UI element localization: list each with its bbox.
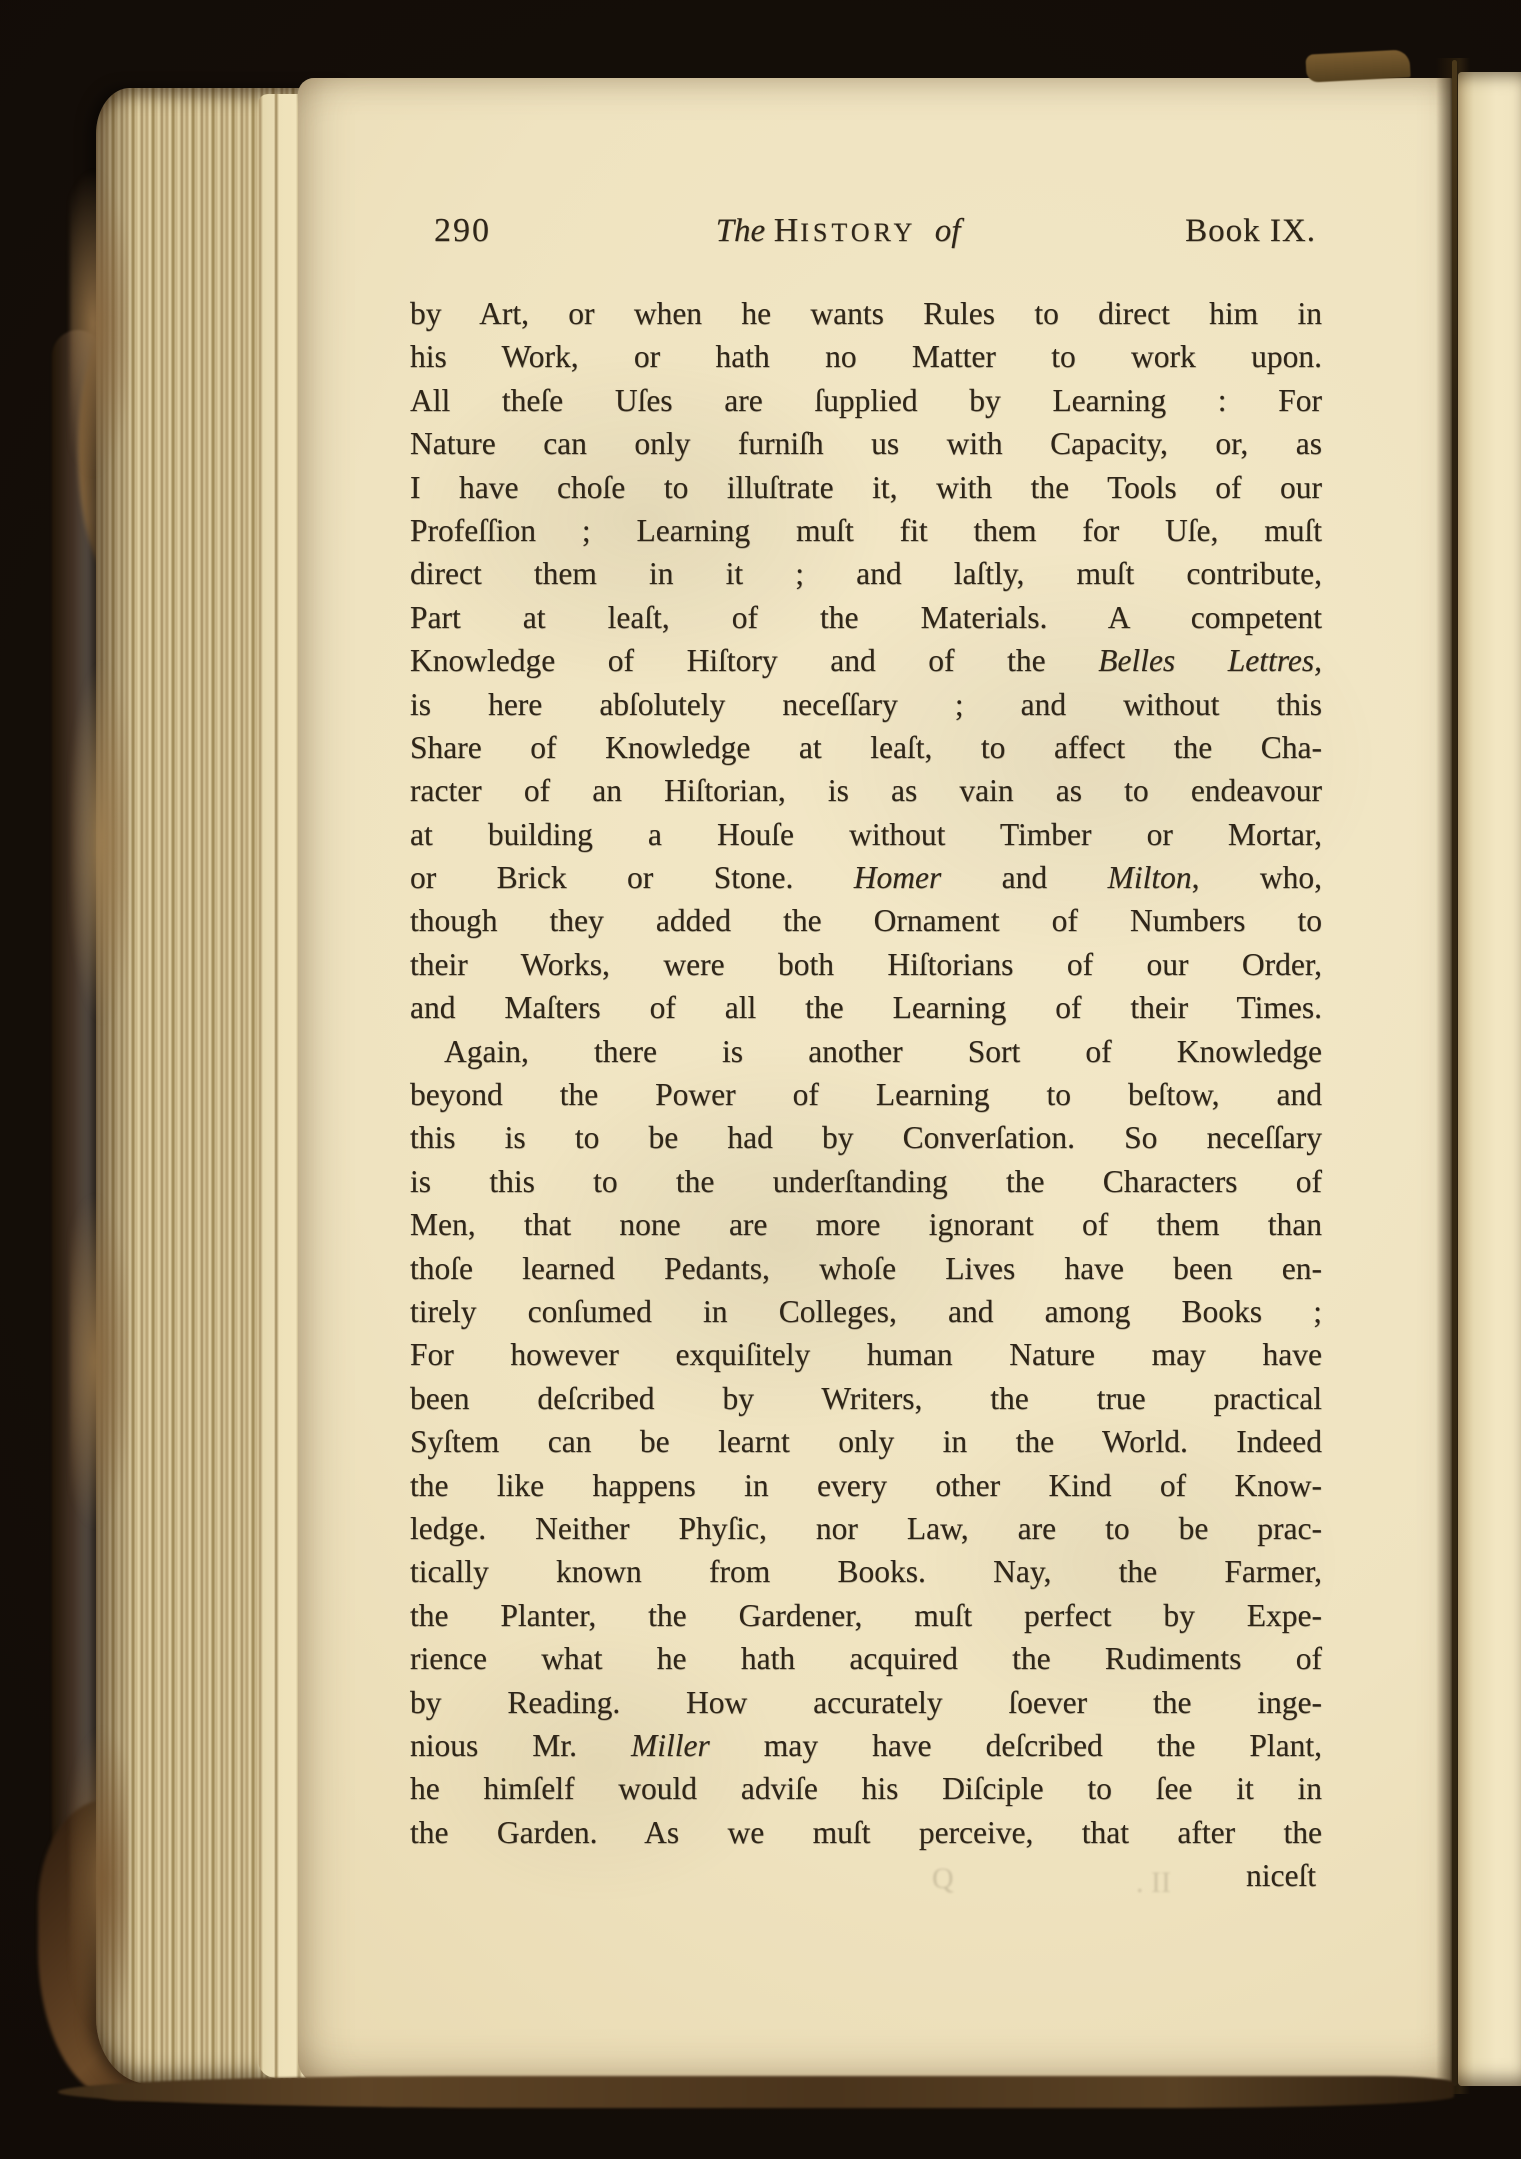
page-top-edge-notch bbox=[1305, 49, 1410, 82]
text-line: Nature can only furniſh us with Capacity… bbox=[410, 422, 1322, 465]
text-line: direct them in it ; and laſtly, muſt con… bbox=[410, 552, 1322, 595]
text-line: or Brick or Stone. Homer and Milton, who… bbox=[410, 856, 1322, 899]
text-line: their Works, were both Hiſtorians of our… bbox=[410, 943, 1322, 986]
running-title-the: The bbox=[716, 213, 766, 249]
text-line: ledge. Neither Phyſic, nor Law, are to b… bbox=[410, 1507, 1322, 1550]
text-line: rience what he hath acquired the Rudimen… bbox=[410, 1637, 1322, 1680]
text-line: been deſcribed by Writers, the true prac… bbox=[410, 1377, 1322, 1420]
text-line: Syſtem can be learnt only in the World. … bbox=[410, 1420, 1322, 1463]
running-title-history-caps: ISTORY bbox=[800, 218, 916, 247]
catchword: niceſt bbox=[410, 1854, 1322, 1897]
text-line: is this to the underſtanding the Charact… bbox=[410, 1160, 1322, 1203]
text-line: For however exquiſitely human Nature may… bbox=[410, 1333, 1322, 1376]
text-line: though they added the Ornament of Number… bbox=[410, 899, 1322, 942]
text-line: tirely conſumed in Colleges, and among B… bbox=[410, 1290, 1322, 1333]
text-line: Share of Knowledge at leaſt, to affect t… bbox=[410, 726, 1322, 769]
text-line: Part at leaſt, of the Materials. A compe… bbox=[410, 596, 1322, 639]
text-line: is here abſolutely neceſſary ; and witho… bbox=[410, 683, 1322, 726]
text-line: by Art, or when he wants Rules to direct… bbox=[410, 292, 1322, 335]
text-line: Profeſſion ; Learning muſt fit them for … bbox=[410, 509, 1322, 552]
running-title-of: of bbox=[935, 213, 961, 249]
text-line: he himſelf would adviſe his Diſciple to … bbox=[410, 1767, 1322, 1810]
text-line: and Maſters of all the Learning of their… bbox=[410, 986, 1322, 1029]
text-line: racter of an Hiſtorian, is as vain as to… bbox=[410, 769, 1322, 812]
text-line: All theſe Uſes are ſupplied by Learning … bbox=[410, 379, 1322, 422]
text-line: his Work, or hath no Matter to work upon… bbox=[410, 335, 1322, 378]
running-title-history-initial: H bbox=[774, 212, 801, 249]
printed-text-block: 290 The HISTORY of Book IX. by Art, or w… bbox=[410, 212, 1322, 1897]
text-line: thoſe learned Pedants, whoſe Lives have … bbox=[410, 1247, 1322, 1290]
scanned-book-photo: 290 The HISTORY of Book IX. by Art, or w… bbox=[0, 0, 1521, 2159]
text-line: at building a Houſe without Timber or Mo… bbox=[410, 813, 1322, 856]
page-number: 290 bbox=[434, 212, 491, 250]
text-line: beyond the Power of Learning to beſtow, … bbox=[410, 1073, 1322, 1116]
text-line: Again, there is another Sort of Knowledg… bbox=[410, 1030, 1322, 1073]
text-line: Men, that none are more ignorant of them… bbox=[410, 1203, 1322, 1246]
body-text: by Art, or when he wants Rules to direct… bbox=[410, 292, 1322, 1854]
book-number-label: Book IX. bbox=[1185, 213, 1316, 250]
text-line: the Garden. As we muſt perceive, that af… bbox=[410, 1811, 1322, 1854]
text-line: this is to be had by Converſation. So ne… bbox=[410, 1116, 1322, 1159]
text-line: nious Mr. Miller may have deſcribed the … bbox=[410, 1724, 1322, 1767]
text-line: I have choſe to illuſtrate it, with the … bbox=[410, 466, 1322, 509]
page-header: 290 The HISTORY of Book IX. bbox=[410, 212, 1322, 280]
text-line: Knowledge of Hiſtory and of the Belles L… bbox=[410, 639, 1322, 682]
running-title: The HISTORY of bbox=[491, 212, 1185, 250]
book-bottom-edge bbox=[58, 2076, 1454, 2108]
text-line: by Reading. How accurately ſoever the in… bbox=[410, 1681, 1322, 1724]
text-line: tically known from Books. Nay, the Farme… bbox=[410, 1550, 1322, 1593]
facing-page-sliver bbox=[1458, 72, 1521, 2086]
text-line: the like happens in every other Kind of … bbox=[410, 1464, 1322, 1507]
gutter-crease bbox=[1452, 60, 1457, 2086]
text-line: the Planter, the Gardener, muſt perfect … bbox=[410, 1594, 1322, 1637]
